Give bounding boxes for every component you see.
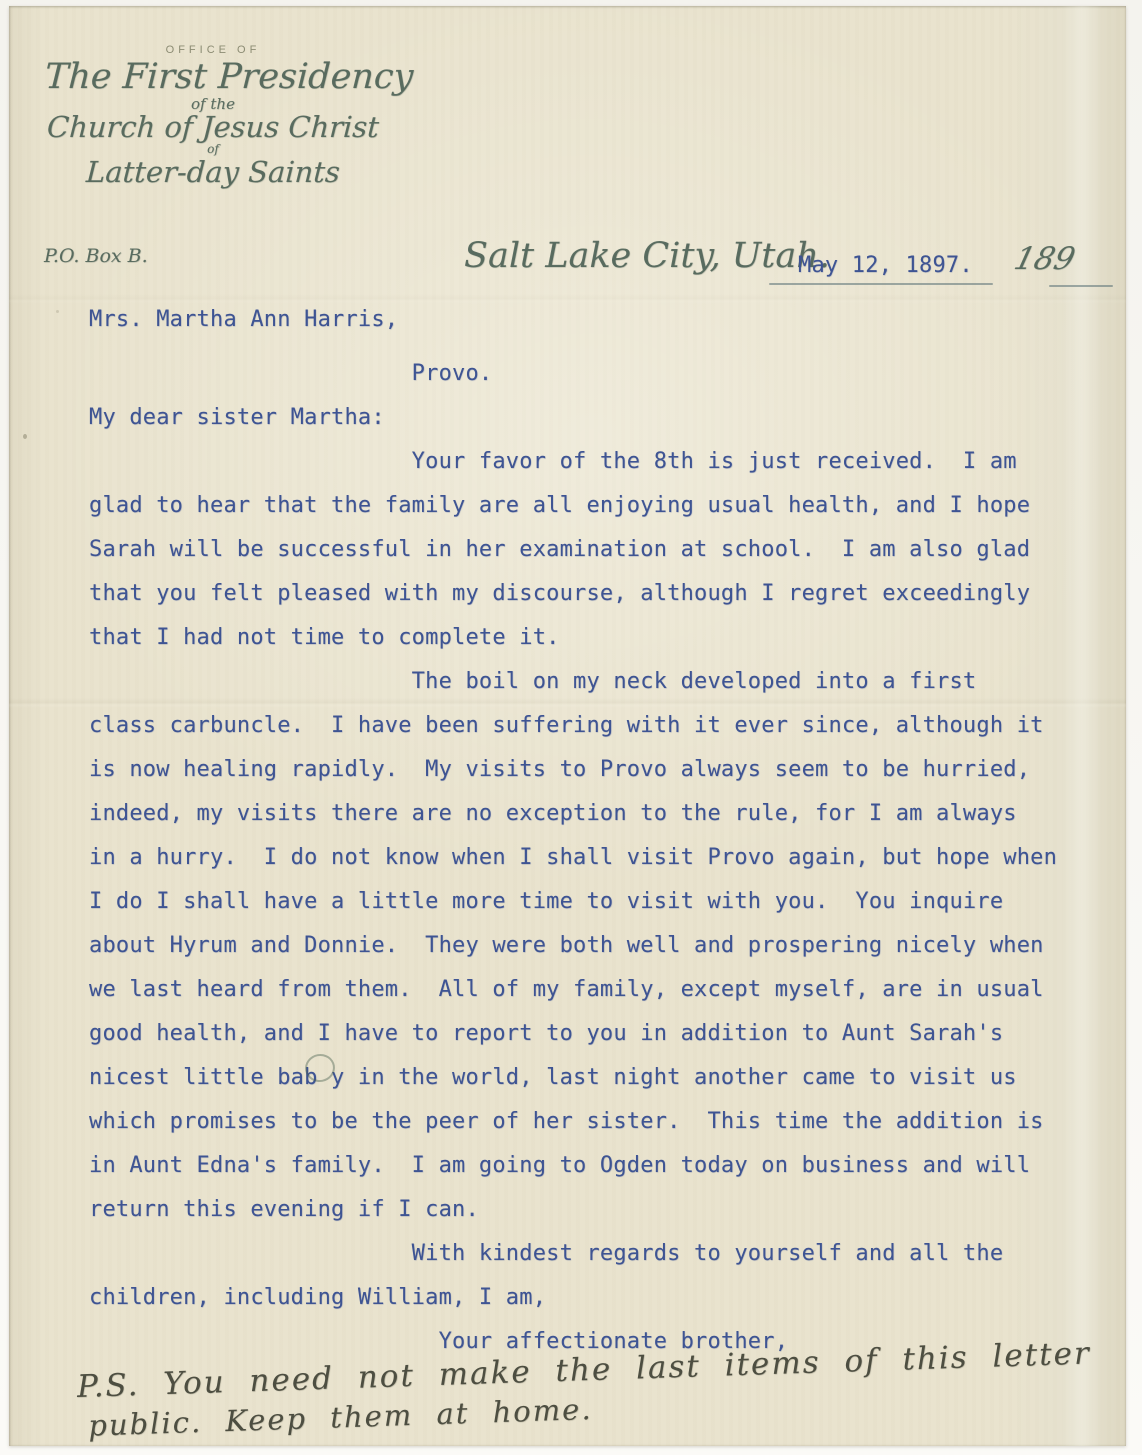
typed-line: indeed, my visits there are no exception…: [89, 792, 1057, 836]
typed-line: which promises to be the peer of her sis…: [89, 1100, 1057, 1144]
typed-line: My dear sister Martha:: [89, 396, 1057, 440]
letterhead-of: of: [45, 144, 381, 155]
typed-line: Provo.: [89, 352, 1057, 396]
typed-line: that I had not time to complete it.: [89, 616, 1057, 660]
typed-line: about Hyrum and Donnie. They were both w…: [89, 924, 1057, 968]
typed-date: May 12, 1897.: [798, 253, 973, 278]
typed-line: children, including William, I am,: [89, 1276, 1057, 1320]
letterhead-org-name-line1: The First Presidency: [44, 57, 382, 97]
typed-line: nicest little bab y in the world, last n…: [89, 1056, 1057, 1100]
typed-line: that you felt pleased with my discourse,…: [89, 572, 1057, 616]
typed-line: Mrs. Martha Ann Harris,: [89, 298, 1057, 342]
typed-line: Sarah will be successful in her examinat…: [89, 528, 1057, 572]
letter-paper: OFFICE OF The First Presidency of the Ch…: [9, 6, 1126, 1446]
typed-line: I do I shall have a little more time to …: [89, 880, 1057, 924]
letterhead: OFFICE OF The First Presidency of the Ch…: [45, 44, 381, 189]
po-box-line: P.O. Box B.: [44, 245, 148, 267]
typed-line: in a hurry. I do not know when I shall v…: [89, 836, 1057, 880]
typed-line: glad to hear that the family are all enj…: [89, 484, 1057, 528]
typed-body: Mrs. Martha Ann Harris, Provo.My dear si…: [89, 298, 1057, 1364]
ink-speck: [56, 310, 59, 313]
letterhead-of-the: of the: [45, 97, 381, 111]
typed-line: Your favor of the 8th is just received. …: [89, 440, 1057, 484]
year-prefix: 189: [1011, 241, 1079, 277]
typed-line: class carbuncle. I have been suffering w…: [89, 704, 1057, 748]
ink-speck: [23, 434, 27, 439]
typed-line: The boil on my neck developed into a fir…: [89, 660, 1057, 704]
letterhead-org-name-line3: Latter-day Saints: [44, 155, 382, 189]
letterhead-org-name-line2: Church of Jesus Christ: [44, 111, 382, 144]
typed-line: in Aunt Edna's family. I am going to Ogd…: [89, 1144, 1057, 1188]
city-script: Salt Lake City, Utah.: [464, 236, 830, 276]
scan-light-band: [1061, 6, 1103, 1446]
typed-line: With kindest regards to yourself and all…: [89, 1232, 1057, 1276]
typed-line: good health, and I have to report to you…: [89, 1012, 1057, 1056]
scan-background: OFFICE OF The First Presidency of the Ch…: [0, 0, 1142, 1455]
letterhead-office-of: OFFICE OF: [45, 44, 381, 56]
year-rule: [1049, 285, 1113, 287]
date-rule: [769, 283, 993, 285]
typed-line: we last heard from them. All of my famil…: [89, 968, 1057, 1012]
typed-line: is now healing rapidly. My visits to Pro…: [89, 748, 1057, 792]
typed-line: return this evening if I can.: [89, 1188, 1057, 1232]
